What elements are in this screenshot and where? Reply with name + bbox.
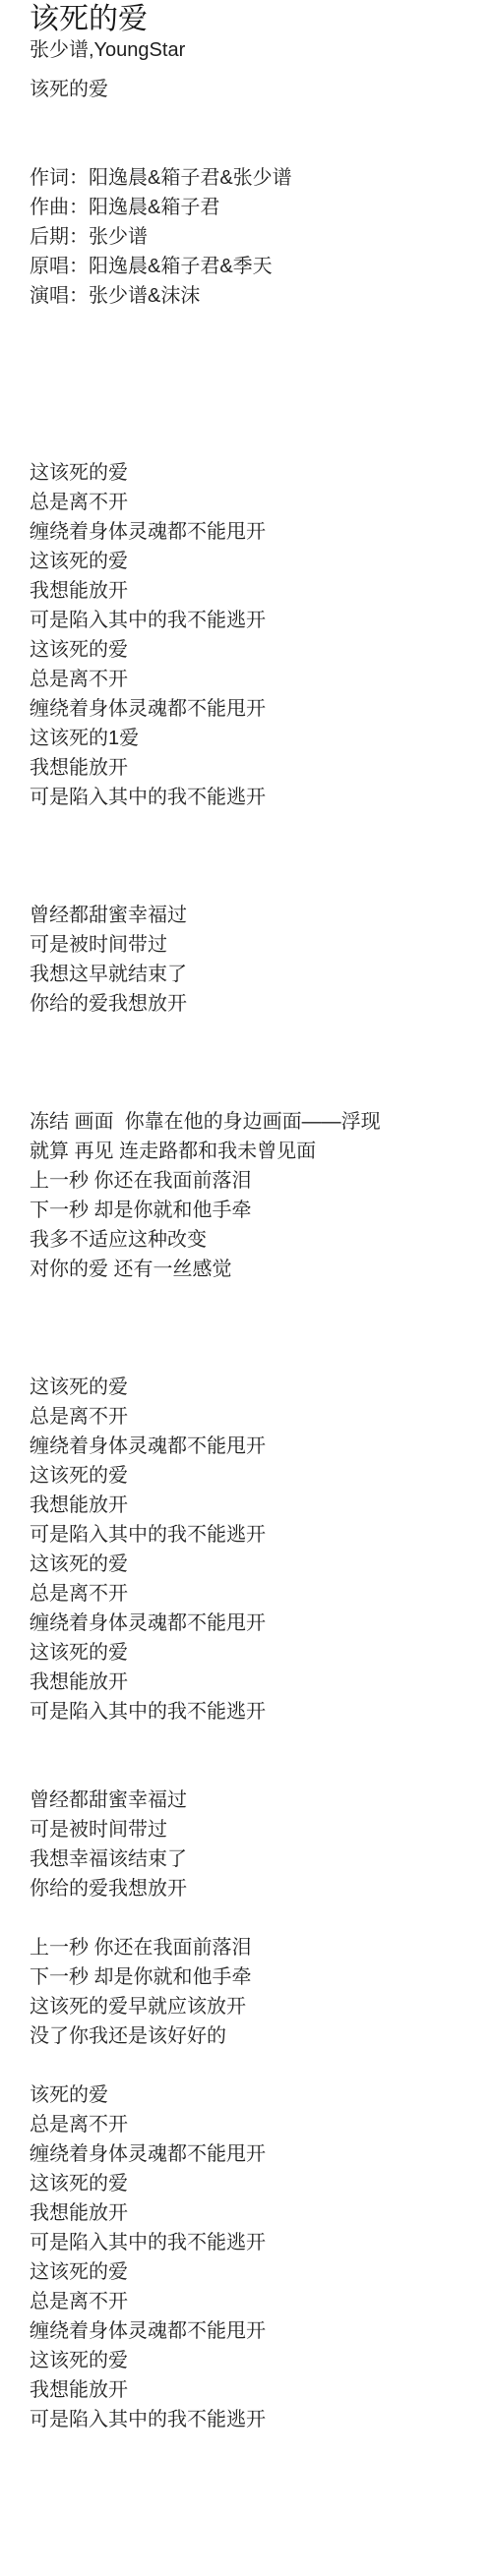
lyric-line (30, 104, 476, 134)
lyric-line (30, 399, 476, 429)
lyric-line: 可是陷入其中的我不能逃开 (30, 2405, 476, 2434)
lyric-line: 你给的爱我想放开 (30, 1874, 476, 1903)
lyric-line (30, 1314, 476, 1343)
lyric-line: 我想能放开 (30, 1668, 476, 1697)
lyric-line: 这该死的爱 (30, 2346, 476, 2375)
artist-line: 张少谱,YoungStar (30, 35, 476, 65)
lyric-line: 这该死的爱 (30, 1638, 476, 1668)
lyric-line: 可是陷入其中的我不能逃开 (30, 2228, 476, 2257)
lyric-line: 冻结 画面 你靠在他的身边画面——浮现 (30, 1107, 476, 1137)
lyric-line: 可是被时间带过 (30, 930, 476, 960)
lyric-line (30, 370, 476, 399)
lyric-line (30, 429, 476, 458)
lyric-line (30, 871, 476, 901)
lyric-line: 这该死的爱 (30, 2169, 476, 2198)
lyric-line (30, 1727, 476, 1756)
lyric-line (30, 2051, 476, 2080)
lyric-line: 我想幸福该结束了 (30, 1844, 476, 1874)
lyric-line (30, 1078, 476, 1107)
lyric-line: 缠绕着身体灵魂都不能甩开 (30, 2316, 476, 2346)
lyric-line: 总是离不开 (30, 488, 476, 517)
lyric-line: 这该死的爱 (30, 547, 476, 576)
lyric-line (30, 1343, 476, 1373)
lyric-line: 曾经都甜蜜幸福过 (30, 1786, 476, 1815)
song-title: 该死的爱 (30, 0, 476, 35)
lyric-line: 这该死的1爱 (30, 724, 476, 753)
lyric-line: 就算 再见 连走路都和我未曾见面 (30, 1137, 476, 1166)
lyric-line: 总是离不开 (30, 1579, 476, 1609)
lyric-line: 这该死的爱 (30, 1373, 476, 1402)
lyric-line: 这该死的爱 (30, 1461, 476, 1491)
lyric-line: 总是离不开 (30, 665, 476, 694)
lyric-line: 下一秒 却是你就和他手牵 (30, 1962, 476, 1992)
lyric-line: 缠绕着身体灵魂都不能甩开 (30, 2139, 476, 2169)
lyric-line: 可是陷入其中的我不能逃开 (30, 1520, 476, 1550)
lyric-line: 我想能放开 (30, 2375, 476, 2405)
lyric-line: 对你的爱 还有一丝感觉 (30, 1255, 476, 1284)
lyric-line: 这该死的爱早就应该放开 (30, 1992, 476, 2021)
lyric-line (30, 812, 476, 842)
lyric-line: 你给的爱我想放开 (30, 989, 476, 1019)
lyric-line: 可是陷入其中的我不能逃开 (30, 783, 476, 812)
lyric-line: 我想能放开 (30, 753, 476, 783)
lyric-line (30, 1756, 476, 1786)
lyric-line: 缠绕着身体灵魂都不能甩开 (30, 1609, 476, 1638)
lyric-line: 作词：阳逸晨&箱子君&张少谱 (30, 163, 476, 193)
lyric-line: 总是离不开 (30, 2110, 476, 2139)
lyric-line: 总是离不开 (30, 2287, 476, 2316)
lyric-line: 没了你我还是该好好的 (30, 2021, 476, 2051)
lyric-line (30, 134, 476, 163)
lyric-line (30, 1048, 476, 1078)
lyric-line (30, 1903, 476, 1933)
lyric-line: 我想能放开 (30, 576, 476, 606)
lyric-line (30, 340, 476, 370)
lyric-line (30, 842, 476, 871)
lyric-line: 上一秒 你还在我面前落泪 (30, 1166, 476, 1196)
lyric-line: 我想这早就结束了 (30, 960, 476, 989)
lyric-line: 上一秒 你还在我面前落泪 (30, 1933, 476, 1962)
lyric-line: 缠绕着身体灵魂都不能甩开 (30, 694, 476, 724)
lyric-line: 我想能放开 (30, 2198, 476, 2228)
lyric-line: 这该死的爱 (30, 458, 476, 488)
lyric-line: 缠绕着身体灵魂都不能甩开 (30, 1432, 476, 1461)
lyric-line: 总是离不开 (30, 1402, 476, 1432)
lyrics-page: 该死的爱 张少谱,YoungStar 该死的爱作词：阳逸晨&箱子君&张少谱作曲：… (0, 0, 492, 2434)
lyric-line: 该死的爱 (30, 75, 476, 104)
lyric-line: 下一秒 却是你就和他手牵 (30, 1196, 476, 1225)
lyric-line: 原唱：阳逸晨&箱子君&季天 (30, 252, 476, 281)
lyric-line: 该死的爱 (30, 2080, 476, 2110)
lyric-line: 缠绕着身体灵魂都不能甩开 (30, 517, 476, 547)
lyric-line: 这该死的爱 (30, 1550, 476, 1579)
lyric-line: 可是被时间带过 (30, 1815, 476, 1844)
lyric-line: 这该死的爱 (30, 635, 476, 665)
lyric-line: 作曲：阳逸晨&箱子君 (30, 193, 476, 222)
lyric-line (30, 1284, 476, 1314)
lyric-line: 这该死的爱 (30, 2257, 476, 2287)
lyric-line: 后期：张少谱 (30, 222, 476, 252)
lyric-line: 我多不适应这种改变 (30, 1225, 476, 1255)
lyric-line: 演唱：张少谱&沫沫 (30, 281, 476, 311)
lyric-line (30, 1019, 476, 1048)
lyric-line: 我想能放开 (30, 1491, 476, 1520)
lyric-line: 曾经都甜蜜幸福过 (30, 901, 476, 930)
lyric-line: 可是陷入其中的我不能逃开 (30, 1697, 476, 1727)
lyric-line (30, 311, 476, 340)
lyric-line: 可是陷入其中的我不能逃开 (30, 606, 476, 635)
lyrics-body: 该死的爱作词：阳逸晨&箱子君&张少谱作曲：阳逸晨&箱子君后期：张少谱原唱：阳逸晨… (30, 75, 476, 2434)
